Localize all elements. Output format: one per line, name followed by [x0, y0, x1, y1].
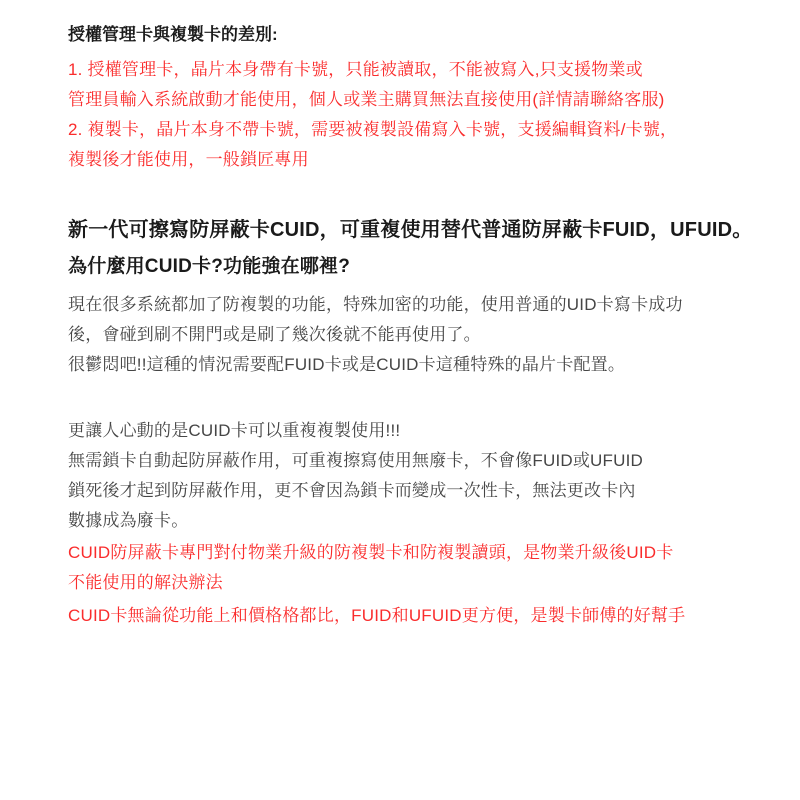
- heading-cuid-intro: 新一代可擦寫防屏蔽卡CUID，可重複使用替代普通防屏蔽卡FUID，UFUID。: [68, 216, 750, 244]
- red-intro-line: 管理員輸入系統啟動才能使用，個人或業主購買無法直接使用(詳情請聯絡客服): [68, 85, 750, 115]
- heading-card-differences: 授權管理卡與複製卡的差別:: [68, 24, 750, 46]
- red-paragraph-conclusion: CUID卡無論從功能上和價格格都比，FUID和UFUID更方便，是製卡師傅的好幫…: [68, 601, 750, 631]
- body-line: 現在很多系統都加了防複製的功能，特殊加密的功能，使用普通的UID卡寫卡成功: [68, 290, 750, 320]
- body-line: 很鬱悶吧!!這種的情況需要配FUID卡或是CUID卡這種特殊的晶片卡配置。: [68, 350, 750, 380]
- body-paragraph-cuid-benefits: 更讓人心動的是CUID卡可以重複複製使用!!! 無需鎖卡自動起防屏蔽作用，可重複…: [68, 416, 750, 536]
- heading-why-cuid: 為什麼用CUID卡?功能強在哪裡?: [68, 254, 750, 280]
- page: 授權管理卡與複製卡的差別: 1. 授權管理卡，晶片本身帶有卡號，只能被讀取，不能…: [0, 0, 800, 800]
- red-line: CUID防屏蔽卡專門對付物業升級的防複製卡和防複製讀頭，是物業升級後UID卡: [68, 538, 750, 568]
- red-intro-paragraph: 1. 授權管理卡，晶片本身帶有卡號，只能被讀取，不能被寫入,只支援物業或 管理員…: [68, 55, 750, 175]
- body-line: 無需鎖卡自動起防屏蔽作用，可重複擦寫使用無廢卡，不會像FUID或UFUID: [68, 446, 750, 476]
- body-line: 鎖死後才起到防屏蔽作用，更不會因為鎖卡而變成一次性卡，無法更改卡內: [68, 476, 750, 506]
- red-paragraph-anti-clone: CUID防屏蔽卡專門對付物業升級的防複製卡和防複製讀頭，是物業升級後UID卡 不…: [68, 538, 750, 598]
- red-line: CUID卡無論從功能上和價格格都比，FUID和UFUID更方便，是製卡師傅的好幫…: [68, 601, 750, 631]
- red-intro-line: 1. 授權管理卡，晶片本身帶有卡號，只能被讀取，不能被寫入,只支援物業或: [68, 55, 750, 85]
- body-line: 更讓人心動的是CUID卡可以重複複製使用!!!: [68, 416, 750, 446]
- body-line: 後，會碰到刷不開門或是刷了幾次後就不能再使用了。: [68, 320, 750, 350]
- body-paragraph-systems: 現在很多系統都加了防複製的功能，特殊加密的功能，使用普通的UID卡寫卡成功 後，…: [68, 290, 750, 380]
- red-intro-line: 複製後才能使用，一般鎖匠專用: [68, 145, 750, 175]
- red-intro-line: 2. 複製卡，晶片本身不帶卡號，需要被複製設備寫入卡號，支援編輯資料/卡號，: [68, 115, 750, 145]
- body-line: 數據成為廢卡。: [68, 506, 750, 536]
- red-line: 不能使用的解決辦法: [68, 568, 750, 598]
